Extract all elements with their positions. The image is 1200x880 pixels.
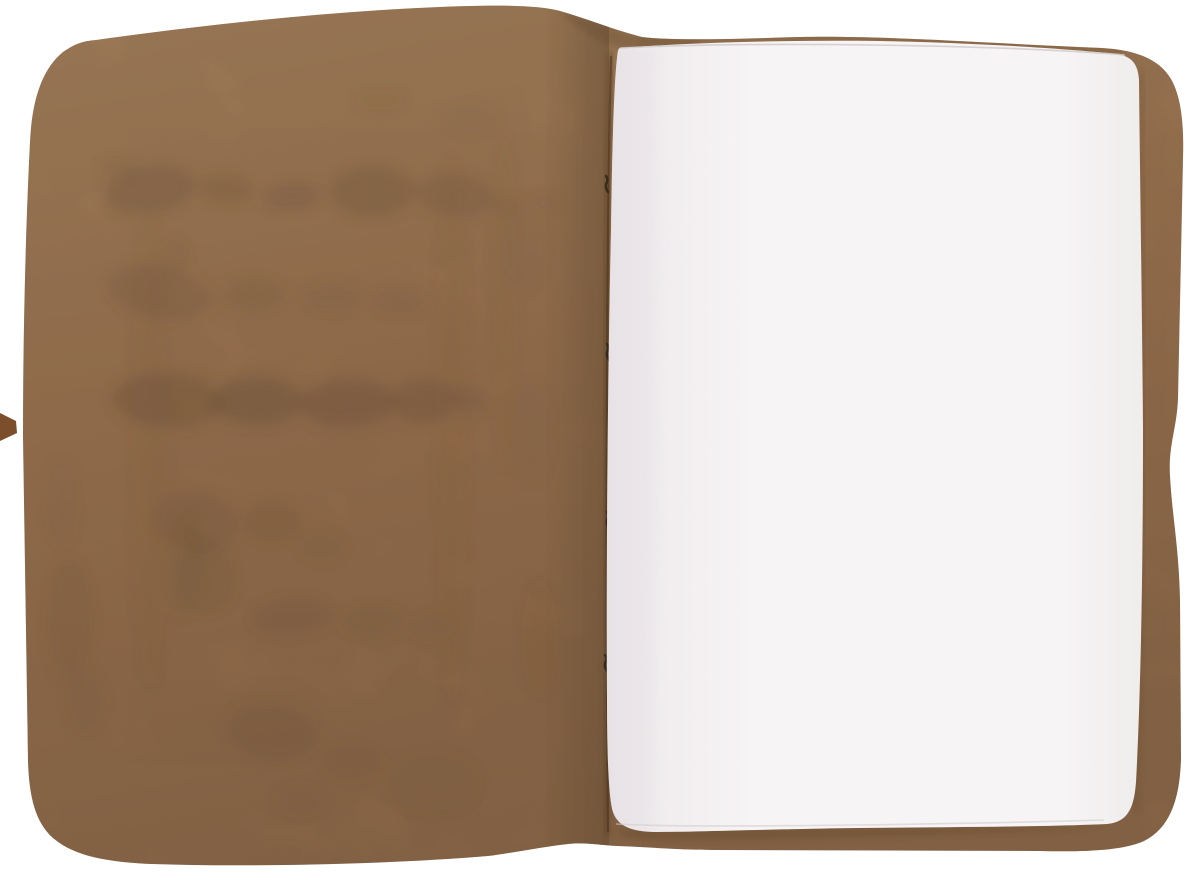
journal-photo-canvas [0,0,1200,880]
journal-photo [0,0,1200,880]
